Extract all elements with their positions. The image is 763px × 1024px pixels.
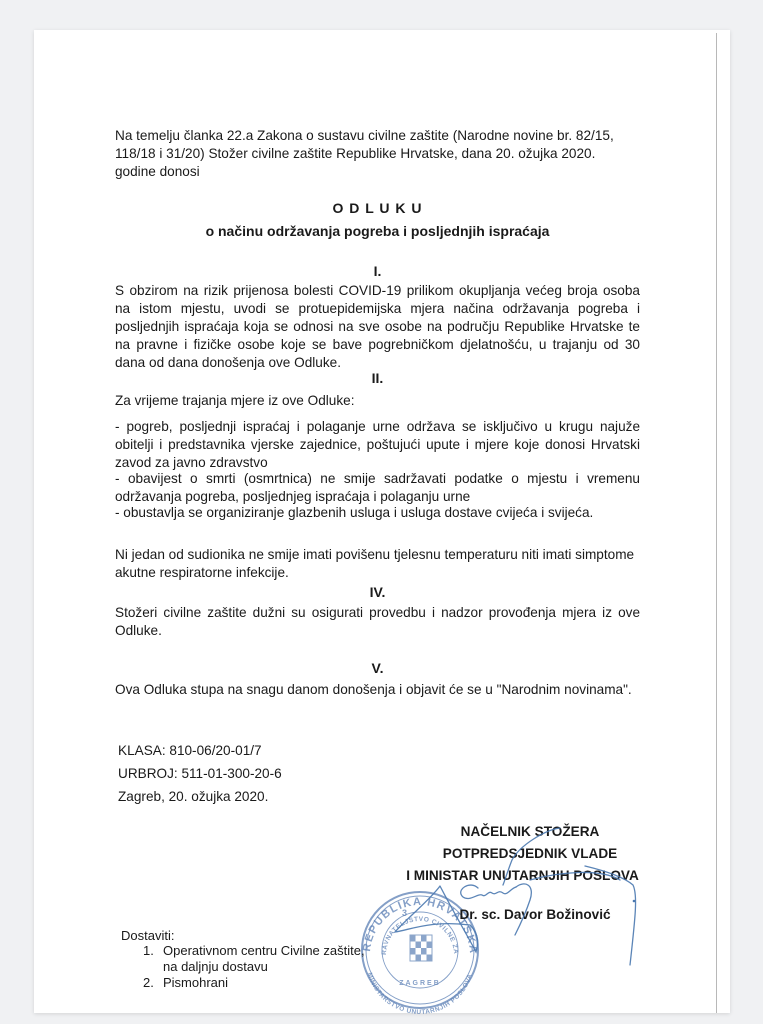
delivery-item-1-text-continued: na daljnju dostavu	[163, 959, 268, 975]
handwritten-signature-icon	[0, 0, 763, 1024]
delivery-item-2-text: Pismohrani	[163, 975, 228, 991]
delivery-item-1-number: 1.	[143, 943, 154, 959]
delivery-item-1-text: Operativnom centru Civilne zaštite,	[163, 943, 365, 959]
delivery-item-2-number: 2.	[143, 975, 154, 991]
